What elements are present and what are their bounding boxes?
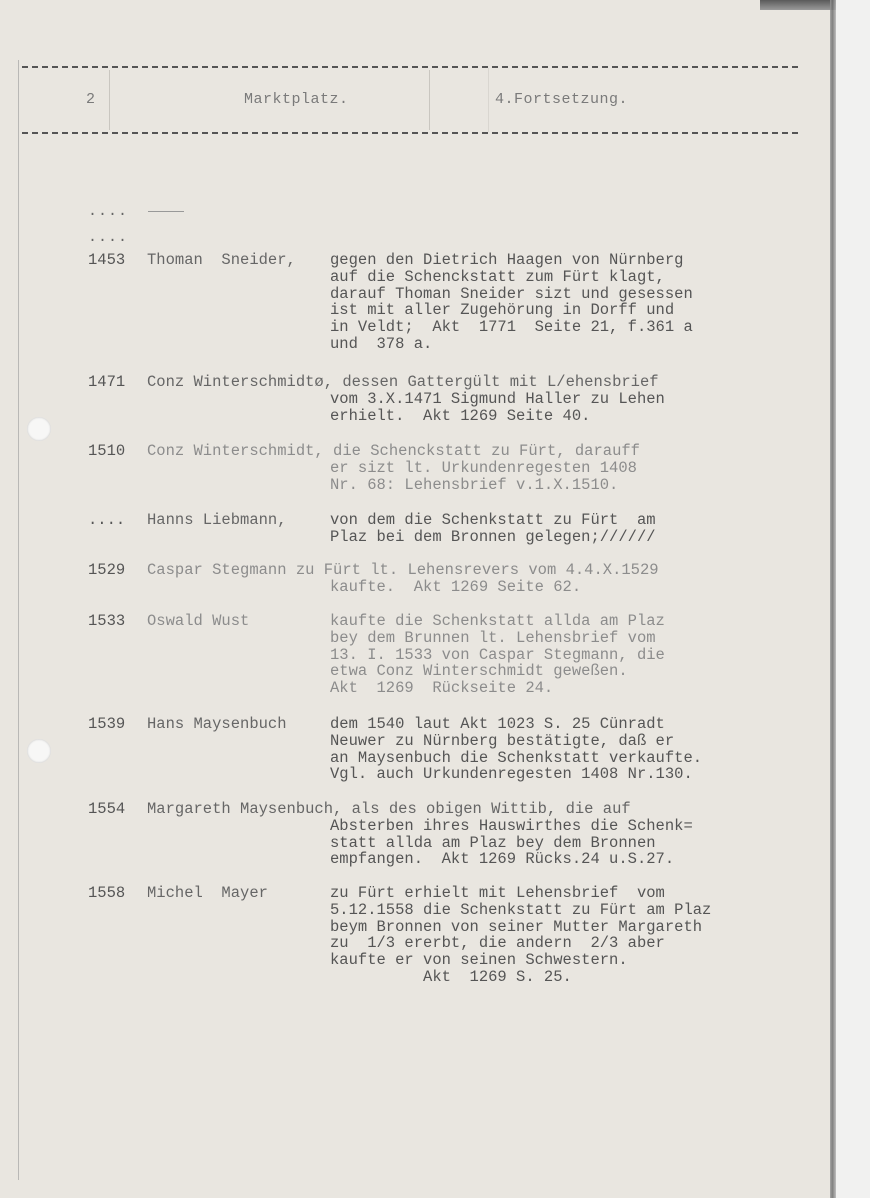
punch-hole-top: [27, 417, 51, 441]
page-title: Marktplatz.: [244, 91, 349, 108]
entry-year: 1539: [88, 716, 125, 733]
entry-text: vom 3.X.1471 Sigmund Haller zu Lehen erh…: [330, 391, 665, 425]
entry-name: Thoman Sneider,: [147, 252, 296, 269]
document-page: [0, 0, 836, 1198]
entry-text: zu Fürt erhielt mit Lehensbrief vom 5.12…: [330, 885, 711, 986]
ellipsis-mark: ....: [88, 203, 128, 220]
entry-year: 1529: [88, 562, 125, 579]
header-divider: [429, 70, 430, 130]
header-divider: [488, 68, 489, 132]
entry-name: Conz Winterschmidt, die Schenckstatt zu …: [147, 443, 640, 460]
margin-line: [18, 60, 19, 1180]
entry-text: dem 1540 laut Akt 1023 S. 25 Cünradt Neu…: [330, 716, 702, 783]
entry-name: Caspar Stegmann zu Fürt lt. Lehensrevers…: [147, 562, 659, 579]
entry-text: kaufte. Akt 1269 Seite 62.: [330, 579, 581, 596]
entry-name: Conz Winterschmidtø, dessen Gattergült m…: [147, 374, 659, 391]
entry-name: Hans Maysenbuch: [147, 716, 287, 733]
page-number: 2: [86, 91, 96, 108]
entry-year: ....: [88, 512, 125, 529]
entry-name: Oswald Wust: [147, 613, 249, 630]
short-dash: [148, 211, 184, 212]
punch-hole-bottom: [27, 739, 51, 763]
entry-year: 1471: [88, 374, 125, 391]
header-divider: [109, 70, 110, 130]
entry-year: 1453: [88, 252, 125, 269]
entry-text: gegen den Dietrich Haagen von Nürnberg a…: [330, 252, 693, 353]
entry-text: kaufte die Schenkstatt allda am Plaz bey…: [330, 613, 665, 697]
entry-year: 1554: [88, 801, 125, 818]
continuation-label: 4.Fortsetzung.: [495, 91, 628, 108]
entry-year: 1558: [88, 885, 125, 902]
entry-text: Absterben ihres Hauswirthes die Schenk= …: [330, 818, 693, 868]
header-bottom-rule: [22, 132, 798, 134]
page-top-shadow: [760, 0, 836, 10]
entry-name: Margareth Maysenbuch, als des obigen Wit…: [147, 801, 631, 818]
entry-year: 1533: [88, 613, 125, 630]
background-beyond-page: [836, 0, 870, 1198]
header-top-rule: [22, 66, 798, 68]
entry-text: von dem die Schenkstatt zu Fürt am Plaz …: [330, 512, 656, 546]
entry-name: Michel Mayer: [147, 885, 268, 902]
ellipsis-mark: ....: [88, 229, 128, 246]
entry-text: er sizt lt. Urkundenregesten 1408 Nr. 68…: [330, 460, 637, 494]
page-right-edge-shadow: [830, 0, 836, 1198]
entry-name: Hanns Liebmann,: [147, 512, 287, 529]
entry-year: 1510: [88, 443, 125, 460]
